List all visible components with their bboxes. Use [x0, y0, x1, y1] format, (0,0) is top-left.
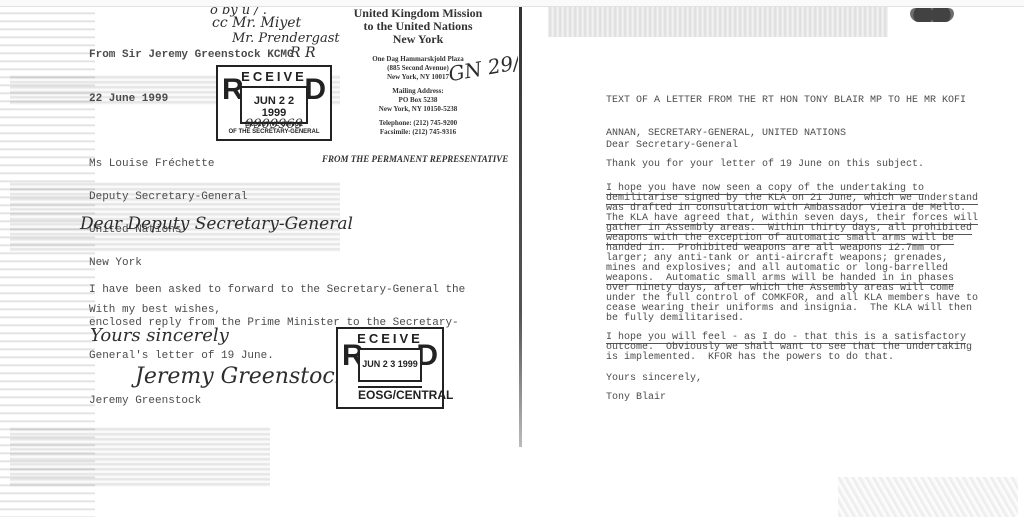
stamp-office-line: EXECUTIVE OFFICE	[218, 122, 330, 129]
scan-noise	[0, 7, 95, 517]
viewer-top-edge	[0, 0, 1024, 7]
address-line: PO Box 5238	[358, 96, 478, 105]
recipient-line: Deputy Secretary-General	[89, 192, 247, 203]
body-line: I have been asked to forward to the Secr…	[89, 285, 465, 296]
letterhead-address: One Dag Hammarskjold Plaza (885 Second A…	[358, 55, 478, 137]
handwritten-closing: Yours sincerely	[90, 325, 229, 346]
stamp-date: JUN 2 2 1999	[242, 95, 306, 119]
title-line: TEXT OF A LETTER FROM THE RT HON TONY BL…	[606, 95, 966, 106]
telephone: Telephone: (212) 745-9200	[358, 119, 478, 128]
address-line: New York, NY 10150-5238	[358, 105, 478, 114]
stamp-office: EXECUTIVE OFFICE OF THE SECRETARY-GENERA…	[218, 122, 330, 136]
paragraph-line: be fully demilitarised.	[606, 314, 978, 324]
address-line: (885 Second Avenue)	[358, 64, 478, 73]
letter-date: 22 June 1999	[89, 94, 168, 105]
paragraph-undertaking: I hope you have now seen a copy of the u…	[606, 184, 978, 324]
thanks-line: Thank you for your letter of 19 June on …	[606, 159, 924, 170]
letterhead-mission-name: United Kingdom Mission to the United Nat…	[348, 7, 488, 46]
stamp-date: JUN 2 3 1999	[360, 359, 420, 369]
from-permanent-representative: FROM THE PERMANENT REPRESENTATIVE	[322, 154, 508, 164]
salutation: Dear Secretary-General	[606, 140, 738, 151]
closing: Yours sincerely,	[606, 373, 702, 384]
scan-noise	[838, 477, 1018, 517]
letterhead-line: New York	[348, 33, 488, 46]
stamp-date-box: JUN 2 3 1999	[358, 348, 422, 382]
received-stamp-eosg-central: R ECEIVE D JUN 2 3 1999 EOSG/CENTRAL	[336, 327, 444, 409]
facsimile: Facsimile: (212) 745-9316	[358, 128, 478, 137]
received-stamp-executive-office: R ECEIVE D JUN 2 2 1999 9909969 EXECUTIV…	[216, 65, 332, 141]
address-line: One Dag Hammarskjold Plaza	[358, 55, 478, 64]
paragraph-outcome: I hope you will feel - as I do - that th…	[606, 333, 972, 363]
recipient-line: Ms Louise Fréchette	[89, 159, 247, 170]
left-letter-page: o by u / . cc Mr. Miyet Mr. Prendergast …	[0, 7, 518, 517]
paragraph-line: is implemented. KFOR has the powers to d…	[606, 353, 972, 363]
stamp-header: ECEIVE	[236, 69, 312, 84]
handwritten-cc-2: Mr. Prendergast	[232, 31, 340, 46]
scan-noise	[10, 427, 270, 487]
address-line: Mailing Address:	[358, 87, 478, 96]
right-letter-page: TEXT OF A LETTER FROM THE RT HON TONY BL…	[518, 7, 1024, 517]
stamp-office: EOSG/CENTRAL	[358, 386, 422, 402]
handwritten-cc-1: cc Mr. Miyet	[212, 15, 301, 31]
address-line: New York, NY 10017	[358, 73, 478, 82]
title-line: ANNAN, SECRETARY-GENERAL, UNITED NATIONS	[606, 128, 966, 139]
handwritten-signature: Jeremy Greenstock	[135, 364, 348, 389]
stamp-office-line: OF THE SECRETARY-GENERAL	[218, 129, 330, 136]
stamp-date-box: JUN 2 2 1999 9909969	[240, 86, 308, 124]
signer-name: Tony Blair	[606, 392, 666, 403]
handwritten-salutation: Dear Deputy Secretary-General	[80, 214, 353, 234]
letter-wishes: With my best wishes,	[89, 305, 221, 316]
royal-crest-icon	[910, 8, 954, 22]
stamp-header: ECEIVE	[356, 331, 424, 346]
sender-line: From Sir Jeremy Greenstock KCMG	[89, 50, 294, 61]
scan-noise	[548, 7, 888, 37]
typed-signer-name: Jeremy Greenstock	[89, 396, 201, 407]
